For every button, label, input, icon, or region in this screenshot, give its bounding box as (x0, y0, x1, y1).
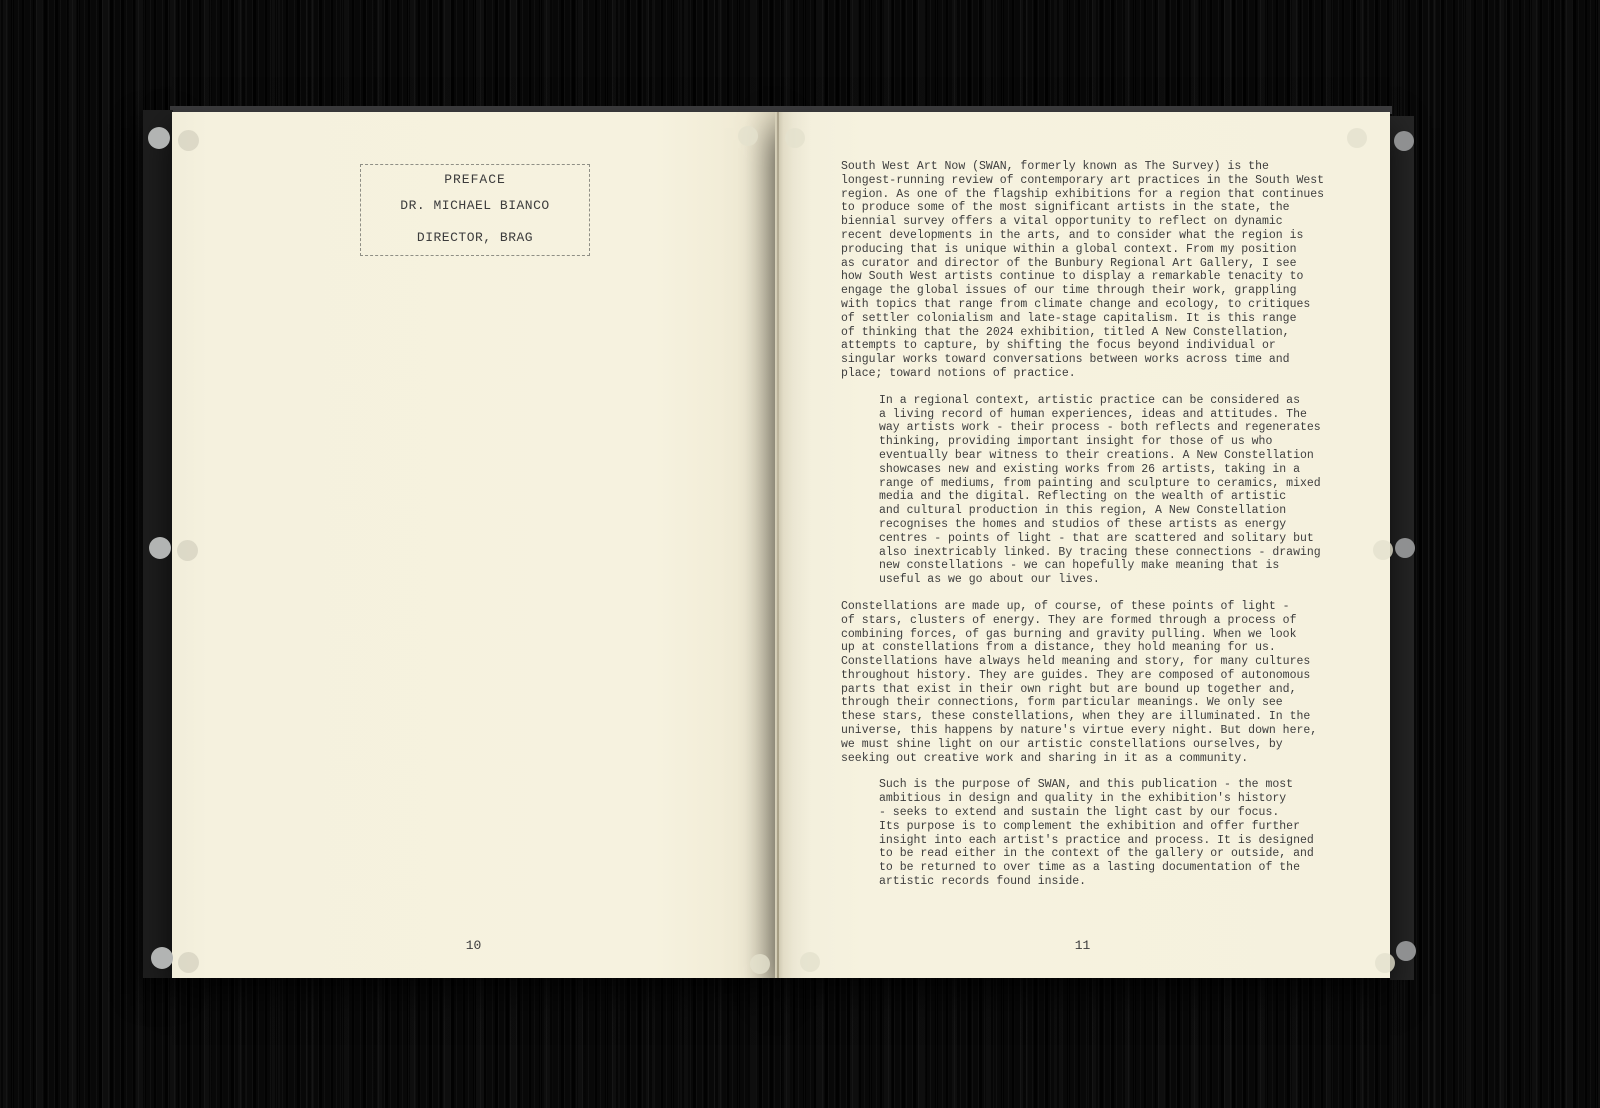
paragraph-2: In a regional context, artistic practice… (841, 394, 1341, 587)
right-page-number: 11 (775, 938, 1390, 953)
hole-punch-dot (1396, 941, 1416, 961)
paragraph-3: Constellations are made up, of course, o… (841, 600, 1341, 766)
hole-punch-dot (1395, 538, 1415, 558)
hole-punch-dot (149, 537, 171, 559)
hole-punch-dot (178, 952, 199, 973)
hole-punch-dot (178, 130, 199, 151)
scanned-book-spread: { "colors": { "background": "#050505", "… (0, 0, 1600, 1108)
left-page: PREFACE DR. MICHAEL BIANCO DIRECTOR, BRA… (172, 112, 775, 978)
paragraph-4: Such is the purpose of SWAN, and this pu… (841, 778, 1341, 888)
hole-punch-dot (177, 540, 198, 561)
hole-punch-dot (738, 126, 758, 146)
preface-author-block: DR. MICHAEL BIANCO DIRECTOR, BRAG (400, 198, 549, 246)
preface-title: PREFACE (444, 172, 506, 188)
hole-punch-dot (1373, 540, 1393, 560)
paragraph-1: South West Art Now (SWAN, formerly known… (841, 160, 1341, 381)
page-gutter-crease (777, 112, 779, 978)
preface-title-box: PREFACE DR. MICHAEL BIANCO DIRECTOR, BRA… (360, 164, 590, 256)
preface-author-name: DR. MICHAEL BIANCO (400, 198, 549, 213)
right-page: South West Art Now (SWAN, formerly known… (775, 112, 1390, 978)
hole-punch-dot (148, 127, 170, 149)
left-page-number: 10 (172, 938, 775, 953)
hole-punch-dot (750, 954, 770, 974)
hole-punch-dot (1394, 131, 1414, 151)
hole-punch-dot (1347, 128, 1367, 148)
hole-punch-dot (785, 128, 805, 148)
hole-punch-dot (151, 947, 173, 969)
preface-body-text: South West Art Now (SWAN, formerly known… (841, 160, 1341, 902)
hole-punch-dot (1375, 953, 1395, 973)
preface-author-role: DIRECTOR, BRAG (417, 230, 533, 245)
hole-punch-dot (800, 952, 820, 972)
